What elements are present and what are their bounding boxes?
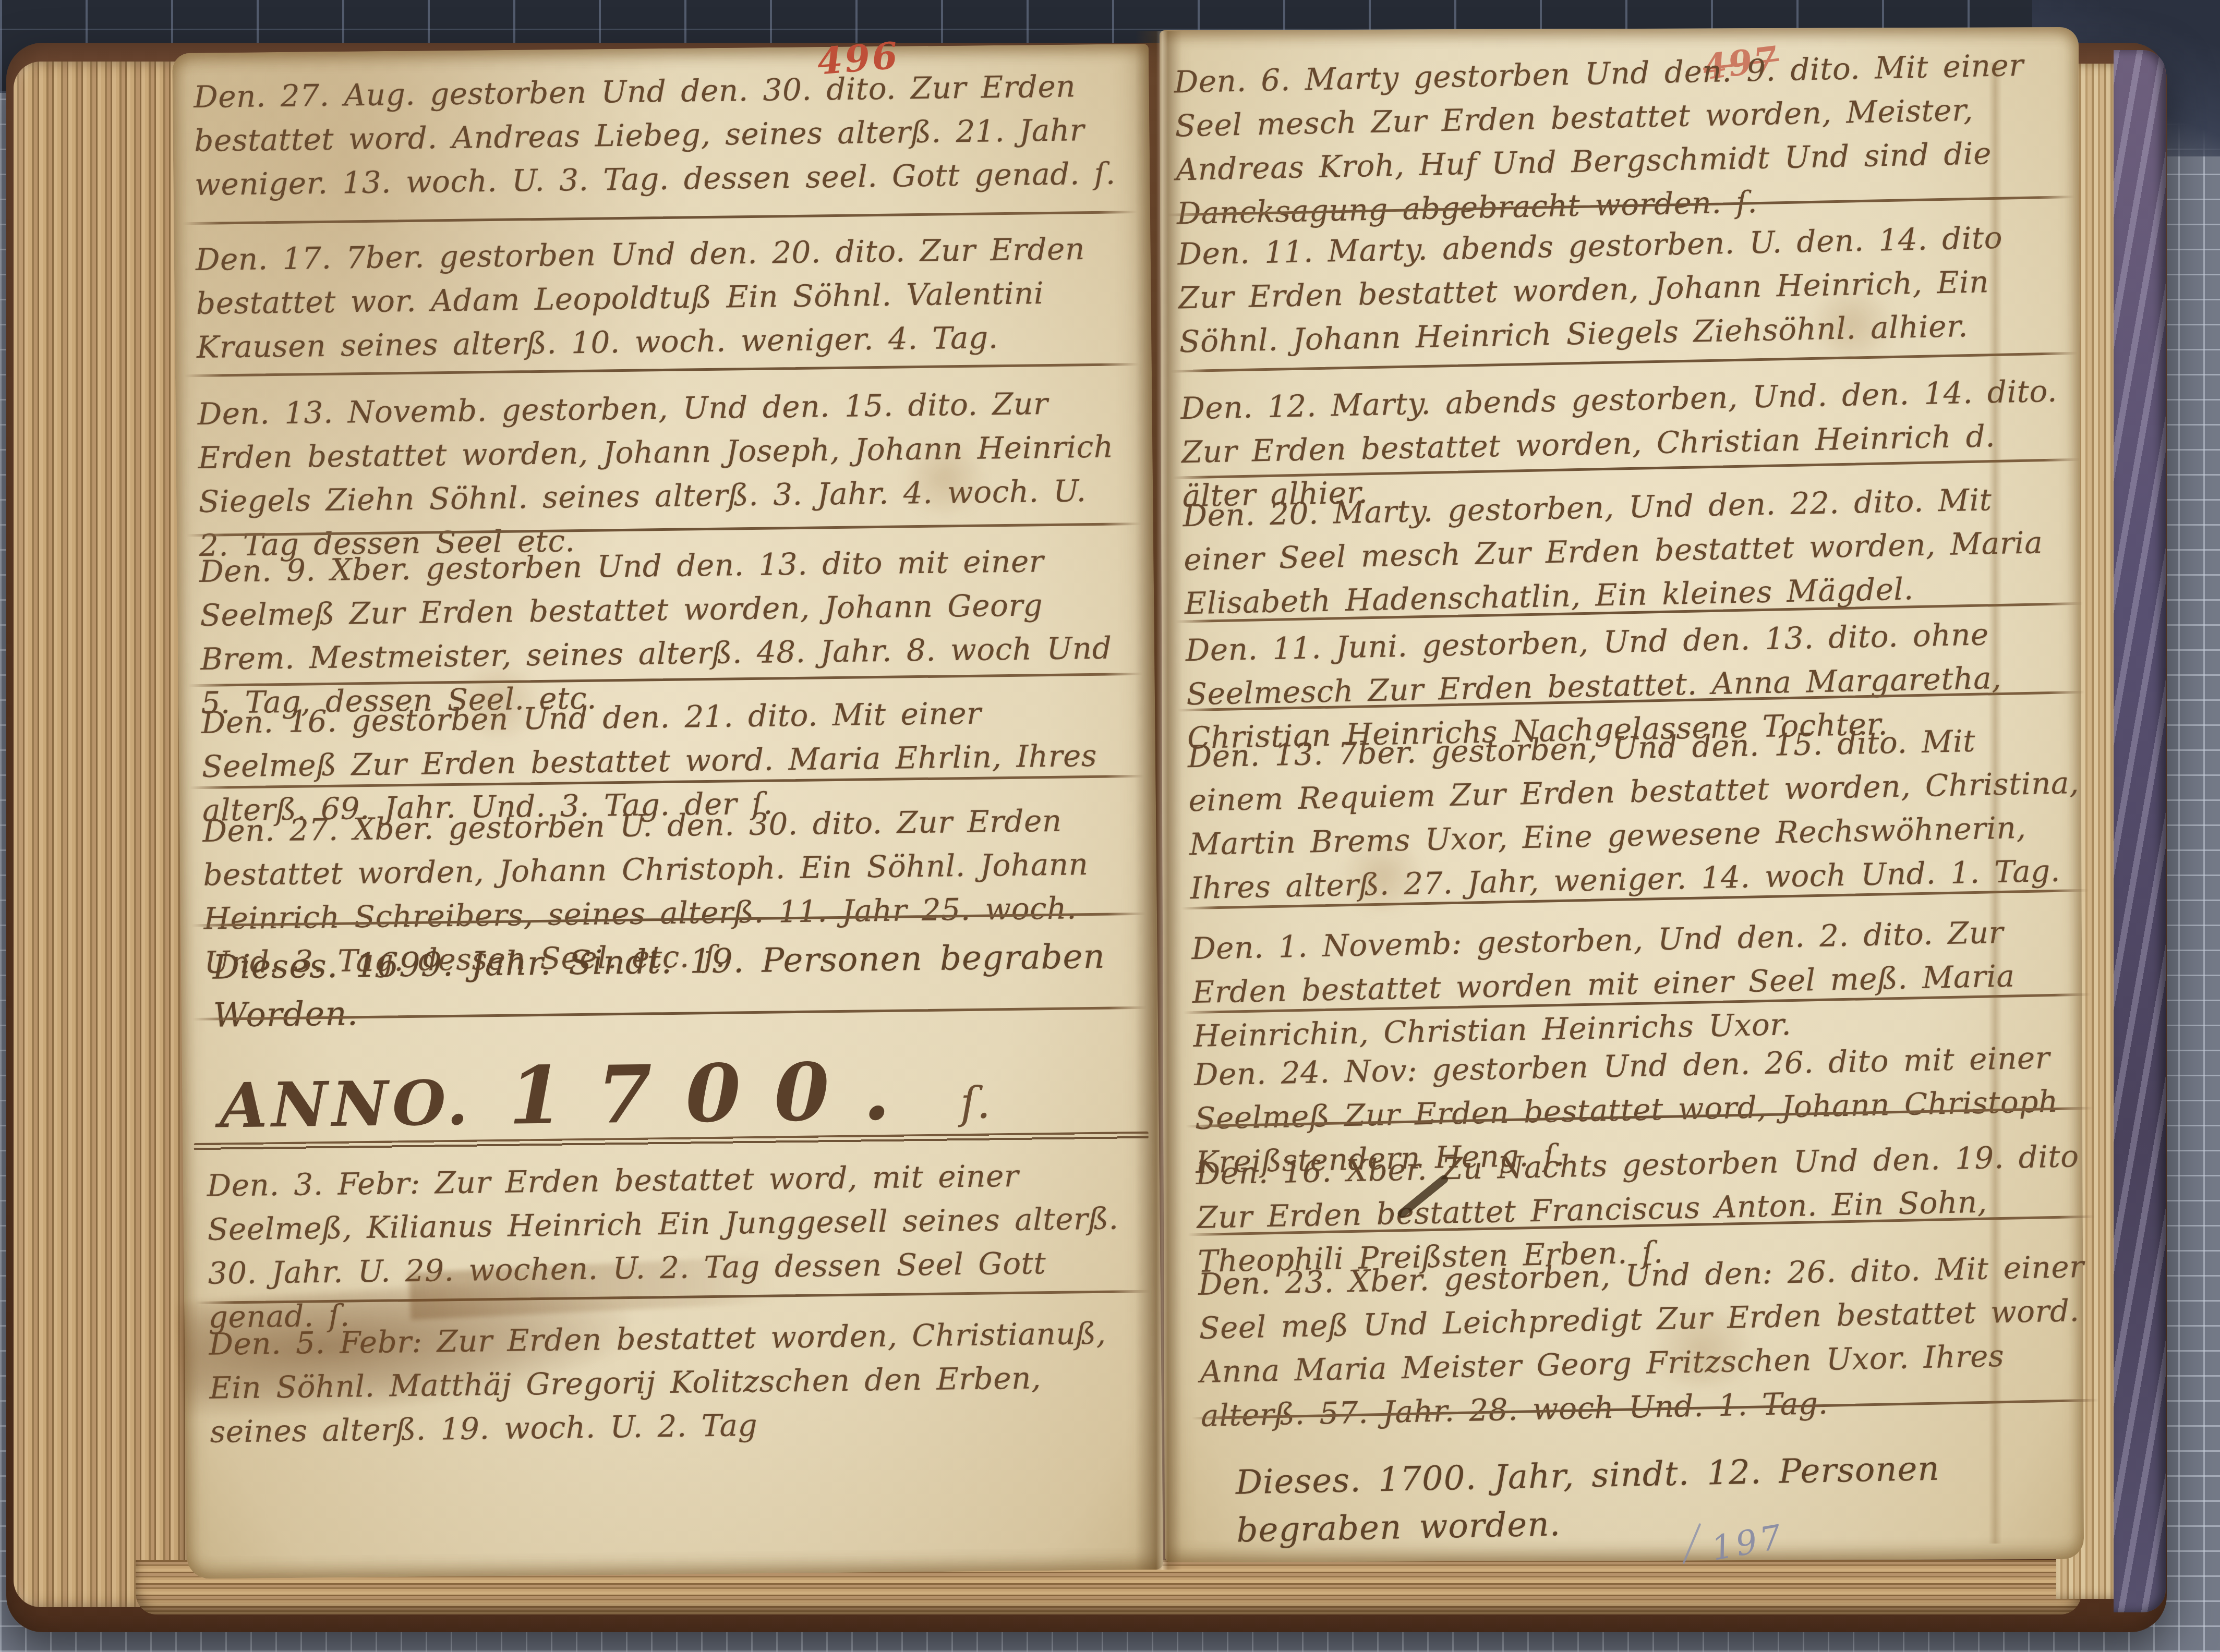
anno-heading: ANNO. 1700. ſ. (219, 1043, 991, 1146)
year-summary-1699: Dieses. 1699. Jahr. Sindt. 19. Personen … (212, 932, 1131, 1039)
register-entry: Den. 11. Marty. abends gestorben. U. den… (1177, 214, 2067, 363)
register-entry: Den. 13. 7ber. gestorben, Und den. 15. d… (1187, 717, 2082, 910)
register-entry: Den. 27. Aug. gestorben Und den. 30. dit… (194, 64, 1118, 207)
anno-flourish-mark: ſ. (960, 1077, 991, 1128)
marbled-cover-edge-right (2114, 50, 2166, 1612)
register-entry: Den. 5. Febr: Zur Erden bestattet worden… (209, 1311, 1139, 1454)
right-page-writing-area: 497 Den. 6. Marty gestorben Und den. 9. … (1160, 12, 2109, 1562)
register-entry: Den. 13. Novemb. gestorben, Und den. 15.… (197, 381, 1128, 567)
register-entry: Den. 20. Marty. gestorben, Und den. 22. … (1183, 476, 2072, 625)
page-crease (1988, 63, 2002, 1544)
register-entry: Den. 17. 7ber. gestorben Und den. 20. di… (196, 226, 1120, 369)
anno-year: 1700. (508, 1044, 924, 1143)
book-gutter-shadow (1135, 31, 1182, 1570)
register-entry: Den. 1. Novemb: gestorben, Und den. 2. d… (1191, 909, 2080, 1058)
register-entry: Den. 3. Febr: Zur Erden bestattet word, … (207, 1152, 1137, 1339)
left-page-writing-area: 496 Den. 27. Aug. gestorben Und den. 30.… (170, 43, 1165, 1581)
year-summary-1700: Dieses. 1700. Jahr, sindt. 12. Personen … (1235, 1442, 2092, 1555)
ruled-line (183, 211, 1137, 225)
right-page: 497 Den. 6. Marty gestorben Und den. 9. … (1160, 27, 2084, 1562)
anno-label: ANNO. (219, 1066, 473, 1142)
photograph-of-burial-register: 496 Den. 27. Aug. gestorben Und den. 30.… (0, 0, 2220, 1652)
left-page: 496 Den. 27. Aug. gestorben Und den. 30.… (172, 44, 1163, 1579)
page-stack-fore-edge-left (14, 62, 195, 1607)
